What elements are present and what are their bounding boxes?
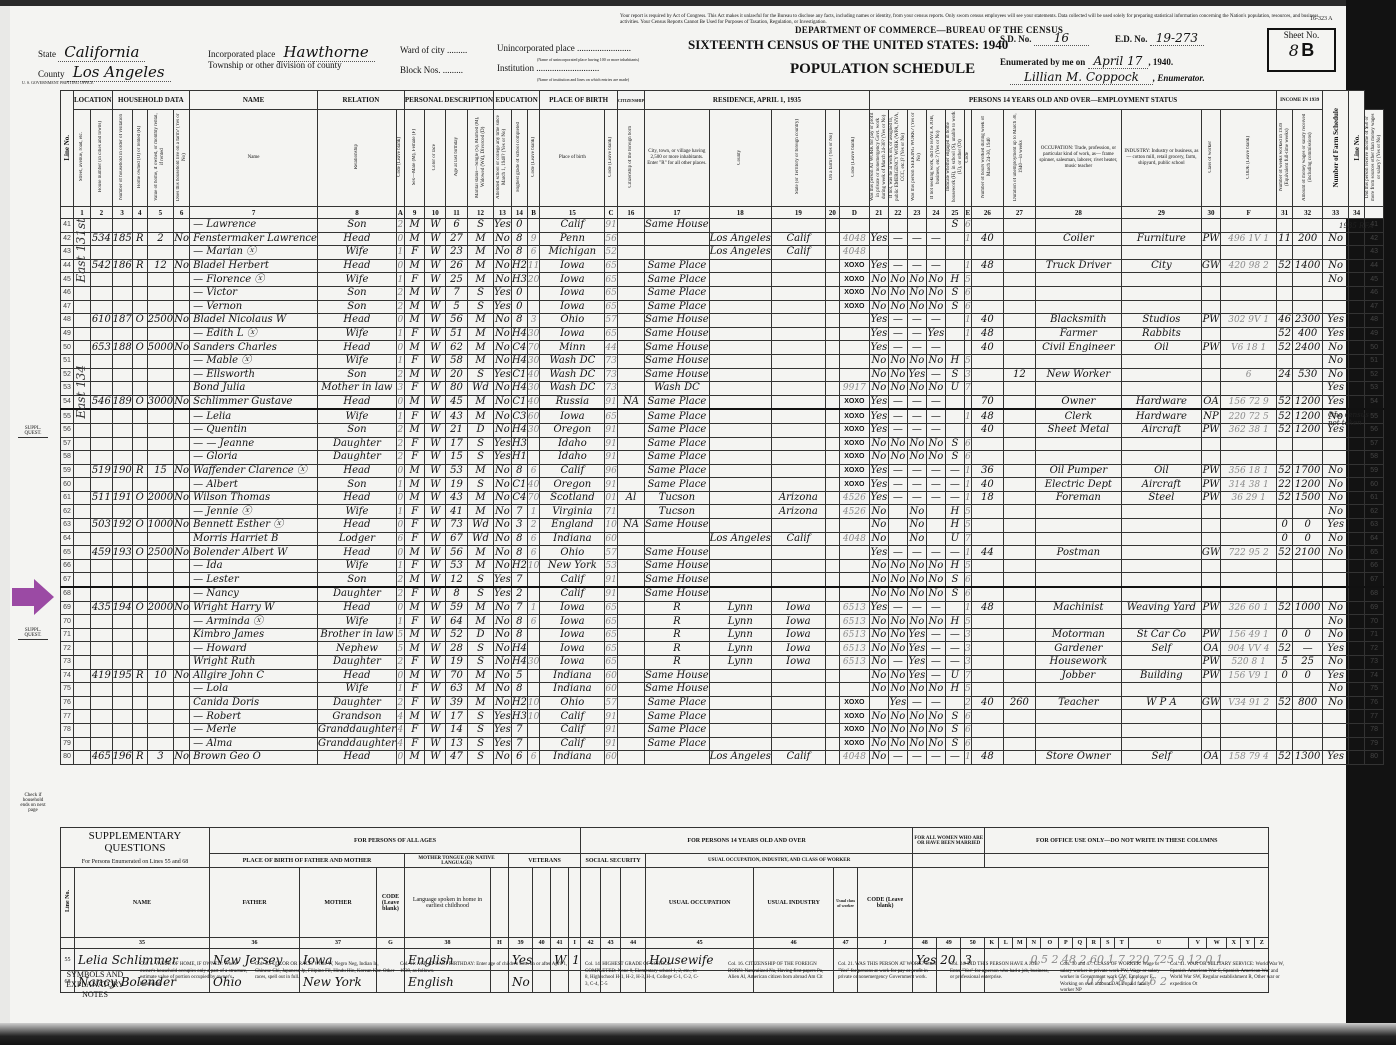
cell-c21: No	[869, 354, 888, 368]
column-number: 9	[404, 207, 425, 219]
cell-house	[91, 656, 113, 670]
cell-occ: Motorman	[1035, 628, 1121, 642]
cell-rel: Wife	[317, 505, 396, 519]
cell-c24: —	[926, 546, 945, 560]
cell-res-county: Lynn	[709, 601, 771, 615]
cell-street	[74, 669, 91, 683]
cell-res-city: Same Place	[645, 451, 710, 465]
cell-res-farm	[825, 259, 839, 273]
census-row: 66— IdaWife1FW53MNoH210New York53Same Ho…	[61, 559, 1384, 573]
cell-res-state	[771, 437, 825, 451]
cell-c25: —	[945, 628, 964, 642]
cell-c34	[1349, 559, 1365, 573]
cell-grade: 8	[511, 314, 527, 328]
cell-rel: Mother in law	[317, 382, 396, 396]
cell-mar: M	[468, 314, 494, 328]
symbols-notes-title: SYMBOLS AND EXPLANATORY NOTES	[60, 970, 130, 1000]
line-no-right: 49	[1365, 327, 1384, 341]
cell-c: 65	[605, 601, 617, 615]
cell-cls: OA	[1201, 395, 1220, 409]
cell-c32	[1293, 286, 1323, 300]
cell-c23: —	[907, 409, 926, 423]
cell-f	[1221, 587, 1277, 601]
cell-race: W	[425, 286, 446, 300]
cell-a: 2	[396, 451, 404, 465]
line-no-right: 73	[1365, 656, 1384, 670]
cell-c26: 48	[971, 259, 1003, 273]
cell-occ	[1035, 505, 1121, 519]
cell-f	[1221, 286, 1277, 300]
column-subheader-row: Street, avenue, road, etc.House number (…	[61, 110, 1384, 207]
cell-farm	[174, 683, 190, 697]
cell-res-city: Same House	[645, 314, 710, 328]
supp-column-number: 42	[581, 938, 601, 949]
cell-c22: —	[888, 423, 907, 437]
cell-res-county	[709, 354, 771, 368]
cell-d: XOXO	[839, 437, 869, 451]
cell-res-farm	[825, 683, 839, 697]
cell-name: Sanders Charles	[190, 341, 318, 355]
cell-line: 62	[61, 505, 74, 519]
cell-c25	[945, 314, 964, 328]
cell-sch: No	[494, 395, 512, 409]
cell-c25	[945, 259, 964, 273]
cell-res-city: Same Place	[645, 259, 710, 273]
cell-c21: No	[869, 519, 888, 533]
cell-cit	[617, 710, 644, 724]
cell-res-farm	[825, 669, 839, 683]
column-number: B	[527, 207, 539, 219]
cell-d: XOXO	[839, 696, 869, 710]
cell-age: 20	[446, 368, 468, 382]
cell-own	[132, 368, 147, 382]
cell-c27	[1003, 232, 1035, 246]
cell-rel: Son	[317, 300, 396, 314]
column-number: F	[1221, 207, 1277, 219]
cell-e: 2	[964, 696, 971, 710]
column-subheader: Number of weeks worked in 1939 (Equivale…	[1277, 110, 1293, 207]
cell-line: 70	[61, 615, 74, 629]
census-row: 71Kimbro JamesBrother in law5MW52DNo8Iow…	[61, 628, 1384, 642]
cell-c23: —	[907, 601, 926, 615]
cell-c32: 2400	[1293, 341, 1323, 355]
cell-res-state	[771, 546, 825, 560]
cell-c: 91	[605, 723, 617, 737]
cell-f: 904 VV 4	[1221, 642, 1277, 656]
cell-c26	[971, 628, 1003, 642]
cell-ind: Self	[1121, 751, 1201, 765]
cell-e: 6	[964, 737, 971, 751]
supp-cell-line: 55	[61, 949, 75, 971]
cell-hh	[112, 642, 132, 656]
supp-quest-marker-55: SUPPL. QUEST.	[18, 426, 48, 438]
cell-farm	[174, 628, 190, 642]
cell-own	[132, 696, 147, 710]
cell-value	[147, 219, 173, 233]
cell-age: 21	[446, 423, 468, 437]
cell-ind	[1121, 656, 1201, 670]
cell-c27	[1003, 464, 1035, 478]
cell-c23: —	[907, 327, 926, 341]
cell-name: — Lelia	[190, 409, 318, 423]
cell-c31: 5	[1277, 656, 1293, 670]
cell-e: 1	[964, 491, 971, 505]
residence-1935-header: RESIDENCE, APRIL 1, 1935	[645, 91, 870, 110]
cell-c27	[1003, 409, 1035, 423]
cell-rel: Wife	[317, 273, 396, 287]
cell-age: 5	[446, 300, 468, 314]
cell-c31	[1277, 451, 1293, 465]
cell-c33	[1323, 437, 1349, 451]
enumerated-field: Enumerated by me on April 17, 1940.	[1000, 54, 1173, 68]
code-g-header: CODE (Leave blank)	[377, 868, 405, 938]
census-row: 42534185R2NoFenstermaker LawrenceHead0MW…	[61, 232, 1384, 246]
supp-column-number: 36	[210, 938, 300, 949]
cell-res-state: Iowa	[771, 601, 825, 615]
cell-res-city	[645, 532, 710, 546]
cell-race: W	[425, 341, 446, 355]
cell-line: 46	[61, 286, 74, 300]
cell-c32: 530	[1293, 368, 1323, 382]
cell-line: 50	[61, 341, 74, 355]
cell-farm: No	[174, 232, 190, 246]
cell-birth: Iowa	[540, 327, 605, 341]
cell-value: 2000	[147, 491, 173, 505]
cell-res-county	[709, 505, 771, 519]
cell-occ	[1035, 587, 1121, 601]
cell-race: W	[425, 532, 446, 546]
cell-rel: Head	[317, 519, 396, 533]
cell-grade: 5	[511, 669, 527, 683]
cell-c25: U	[945, 382, 964, 396]
cell-grade: 6	[511, 751, 527, 765]
cell-name: Morris Harriet B	[190, 532, 318, 546]
cell-c22: —	[888, 259, 907, 273]
cell-c25	[945, 395, 964, 409]
cell-d	[839, 314, 869, 328]
cell-race: W	[425, 314, 446, 328]
cell-cit	[617, 505, 644, 519]
cell-sex: M	[404, 423, 425, 437]
cell-res-state: Iowa	[771, 628, 825, 642]
cell-mar: S	[468, 451, 494, 465]
cell-c23: No	[907, 532, 926, 546]
cell-res-city: Same Place	[645, 696, 710, 710]
cell-sch: Yes	[494, 723, 512, 737]
cell-d: 4048	[839, 532, 869, 546]
cell-ind: St Car Co	[1121, 628, 1201, 642]
note-col10: Col. 10. COLOR OR RACE: White W, Negro N…	[255, 962, 395, 982]
cell-sex: F	[404, 696, 425, 710]
cell-c23: No	[907, 587, 926, 601]
scan-bottom-edge	[0, 1023, 1396, 1045]
cell-line: 77	[61, 710, 74, 724]
cell-c31	[1277, 559, 1293, 573]
cell-sex: F	[404, 505, 425, 519]
cell-c21	[869, 246, 888, 260]
cell-b: 10	[527, 696, 539, 710]
cell-res-state	[771, 696, 825, 710]
cell-res-city	[645, 232, 710, 246]
cell-sch: Yes	[494, 286, 512, 300]
cell-res-county	[709, 382, 771, 396]
cell-house	[91, 587, 113, 601]
column-number: 5	[147, 207, 173, 219]
cell-occ	[1035, 559, 1121, 573]
form-number: 16-323 A	[1310, 16, 1333, 22]
cell-c24: —	[926, 423, 945, 437]
column-subheader: On a farm? (Yes or No)	[825, 110, 839, 207]
cell-res-farm	[825, 505, 839, 519]
cell-a: 1	[396, 327, 404, 341]
cell-c23: No	[907, 286, 926, 300]
cell-line: 59	[61, 464, 74, 478]
cell-rel: Wife	[317, 615, 396, 629]
cell-grade: H4	[511, 327, 527, 341]
line-no-right: 58	[1365, 451, 1384, 465]
cell-res-state	[771, 669, 825, 683]
cell-mar: S	[468, 368, 494, 382]
line-no-right: 45	[1365, 273, 1384, 287]
cell-birth: Indiana	[540, 669, 605, 683]
cell-value: 2500	[147, 314, 173, 328]
cell-birth: Idaho	[540, 451, 605, 465]
cell-c24: —	[926, 642, 945, 656]
cell-rel: Wife	[317, 246, 396, 260]
cell-c: 60	[605, 751, 617, 765]
cell-house: 503	[91, 519, 113, 533]
cell-res-city: Same Place	[645, 273, 710, 287]
cell-e: 6	[964, 300, 971, 314]
cell-birth: Ohio	[540, 696, 605, 710]
cell-c23: —	[907, 464, 926, 478]
cell-c: 65	[605, 259, 617, 273]
cell-b: 30	[527, 423, 539, 437]
cell-f: 420 98 2	[1221, 259, 1277, 273]
cell-d: XOXO	[839, 478, 869, 492]
cell-c33: No	[1323, 354, 1349, 368]
cell-cls	[1201, 451, 1220, 465]
cell-c32: —	[1293, 642, 1323, 656]
institution-note: (Name of institution and lines on which …	[537, 77, 629, 82]
cell-d	[839, 546, 869, 560]
cell-c26	[971, 669, 1003, 683]
enumerator-field: Lillian M. Coppock, Enumerator.	[1010, 70, 1205, 84]
cell-c32	[1293, 723, 1323, 737]
supp-column-number: 47	[834, 938, 858, 949]
cell-c34	[1349, 505, 1365, 519]
cell-sex: F	[404, 451, 425, 465]
cell-c22: —	[888, 491, 907, 505]
sd-field: S.D. No. 16	[1000, 31, 1089, 45]
cell-cls	[1201, 559, 1220, 573]
cell-grade: 8	[511, 546, 527, 560]
cell-c32: 1700	[1293, 464, 1323, 478]
cell-e: 3	[964, 656, 971, 670]
cell-c25: S	[945, 723, 964, 737]
cell-c21: Yes	[869, 314, 888, 328]
cell-occ	[1035, 573, 1121, 587]
cell-hh	[112, 505, 132, 519]
cell-c: 73	[605, 368, 617, 382]
cell-c34	[1349, 601, 1365, 615]
cell-a: 2	[396, 656, 404, 670]
cell-c32: 1200	[1293, 409, 1323, 423]
cell-age: 17	[446, 710, 468, 724]
census-row: 79— AlmaGranddaughter4FW13SYes7Calif91Sa…	[61, 737, 1384, 751]
enumerator-label: , Enumerator.	[1153, 73, 1205, 83]
column-subheader: City, town, or village having 2,500 or m…	[645, 110, 710, 207]
cell-d: 4048	[839, 246, 869, 260]
cell-c23: No	[907, 615, 926, 629]
cell-c26	[971, 368, 1003, 382]
cell-c31	[1277, 710, 1293, 724]
column-subheader: State (or Territory or foreign country)	[771, 110, 825, 207]
cell-c22: No	[888, 737, 907, 751]
cell-c31	[1277, 273, 1293, 287]
cell-value	[147, 246, 173, 260]
cell-sch: No	[494, 478, 512, 492]
cell-res-state	[771, 737, 825, 751]
cell-race: W	[425, 505, 446, 519]
cell-grade: H1	[511, 451, 527, 465]
cell-c26	[971, 273, 1003, 287]
cell-line: 64	[61, 532, 74, 546]
cell-d: 9917	[839, 382, 869, 396]
column-number	[1365, 207, 1384, 219]
cell-c26: 40	[971, 314, 1003, 328]
cell-f: 496 1V 1	[1221, 232, 1277, 246]
cell-hh: 190	[112, 464, 132, 478]
all-ages-header: FOR PERSONS OF ALL AGES	[210, 828, 581, 854]
cell-d	[839, 559, 869, 573]
cell-res-state	[771, 314, 825, 328]
line-no-right: 53	[1365, 382, 1384, 396]
cell-line: 61	[61, 491, 74, 505]
cell-c33: No	[1323, 464, 1349, 478]
cell-f: 302 9V 1	[1221, 314, 1277, 328]
cell-res-city: Same Place	[645, 395, 710, 409]
cell-age: 67	[446, 532, 468, 546]
cell-name: — Lawrence	[190, 219, 318, 233]
line-no-right: 47	[1365, 300, 1384, 314]
cell-c33: Yes	[1323, 382, 1349, 396]
cell-c21: No	[869, 368, 888, 382]
cell-sex: M	[404, 368, 425, 382]
cell-d	[839, 573, 869, 587]
cell-birth: Iowa	[540, 409, 605, 423]
cell-c25: H	[945, 615, 964, 629]
census-row: 55— LeliaWife1FW43MNoC360Iowa65Same Plac…	[61, 409, 1384, 423]
cell-house	[91, 737, 113, 751]
cell-c33: No	[1323, 696, 1349, 710]
cell-grade: H2	[511, 559, 527, 573]
cell-sch: No	[494, 669, 512, 683]
cell-res-city: Same Place	[645, 300, 710, 314]
cell-c34	[1349, 437, 1365, 451]
cell-e: 6	[964, 219, 971, 233]
cell-value	[147, 615, 173, 629]
cell-c26: 40	[971, 232, 1003, 246]
cell-c27	[1003, 273, 1035, 287]
cell-c26	[971, 683, 1003, 697]
cell-e: 5	[964, 273, 971, 287]
cell-f: 156 V9 1	[1221, 669, 1277, 683]
cell-c22: Yes	[888, 696, 907, 710]
cell-res-farm	[825, 300, 839, 314]
cell-hh	[112, 723, 132, 737]
cell-a: 1	[396, 615, 404, 629]
cell-name: — Ida	[190, 559, 318, 573]
cell-c26: 40	[971, 423, 1003, 437]
cell-grade: H4	[511, 642, 527, 656]
cell-ind: Weaving Yard	[1121, 601, 1201, 615]
cell-occ	[1035, 532, 1121, 546]
cell-farm	[174, 286, 190, 300]
cell-c27	[1003, 683, 1035, 697]
cell-cls	[1201, 354, 1220, 368]
usual-class-header: Usual class of worker	[834, 868, 858, 938]
cell-own	[132, 573, 147, 587]
cell-c: 91	[605, 737, 617, 751]
cell-c25: S	[945, 300, 964, 314]
cell-birth: Oregon	[540, 423, 605, 437]
cell-res-farm	[825, 219, 839, 233]
cell-occ: Postman	[1035, 546, 1121, 560]
cell-a: 2	[396, 587, 404, 601]
cell-c33	[1323, 710, 1349, 724]
cell-a: 2	[396, 573, 404, 587]
cell-race: W	[425, 478, 446, 492]
cell-c31: 0	[1277, 628, 1293, 642]
cell-b: 30	[527, 327, 539, 341]
cell-res-city: Same Place	[645, 464, 710, 478]
cell-c24: —	[926, 464, 945, 478]
cell-c: 91	[605, 478, 617, 492]
cell-res-city	[645, 246, 710, 260]
cell-c25: —	[945, 546, 964, 560]
cell-age: 51	[446, 327, 468, 341]
cell-rel: Daughter	[317, 656, 396, 670]
cell-c26	[971, 505, 1003, 519]
supp-column-number: O	[1041, 938, 1059, 949]
cell-c27	[1003, 615, 1035, 629]
cell-street	[74, 710, 91, 724]
cell-own	[132, 615, 147, 629]
cell-rel: Nephew	[317, 642, 396, 656]
cell-rel: Son	[317, 573, 396, 587]
state-value: California	[58, 43, 145, 62]
cell-c21: Yes	[869, 423, 888, 437]
cell-line: 51	[61, 354, 74, 368]
cell-name: Schlimmer Gustave	[190, 395, 318, 409]
cell-e: 5	[964, 683, 971, 697]
cell-ind: Hardware	[1121, 409, 1201, 423]
cell-grade: H4	[511, 656, 527, 670]
cell-c21: No	[869, 573, 888, 587]
cell-c26	[971, 532, 1003, 546]
cell-res-city: Same House	[645, 559, 710, 573]
cell-cit	[617, 451, 644, 465]
cell-occ: New Worker	[1035, 368, 1121, 382]
cell-c24: No	[926, 273, 945, 287]
cell-sex: M	[404, 642, 425, 656]
cell-c23	[907, 219, 926, 233]
cell-own: R	[132, 464, 147, 478]
cell-street	[74, 723, 91, 737]
cell-name: Bladel Herbert	[190, 259, 318, 273]
column-subheader: Code	[964, 110, 971, 207]
